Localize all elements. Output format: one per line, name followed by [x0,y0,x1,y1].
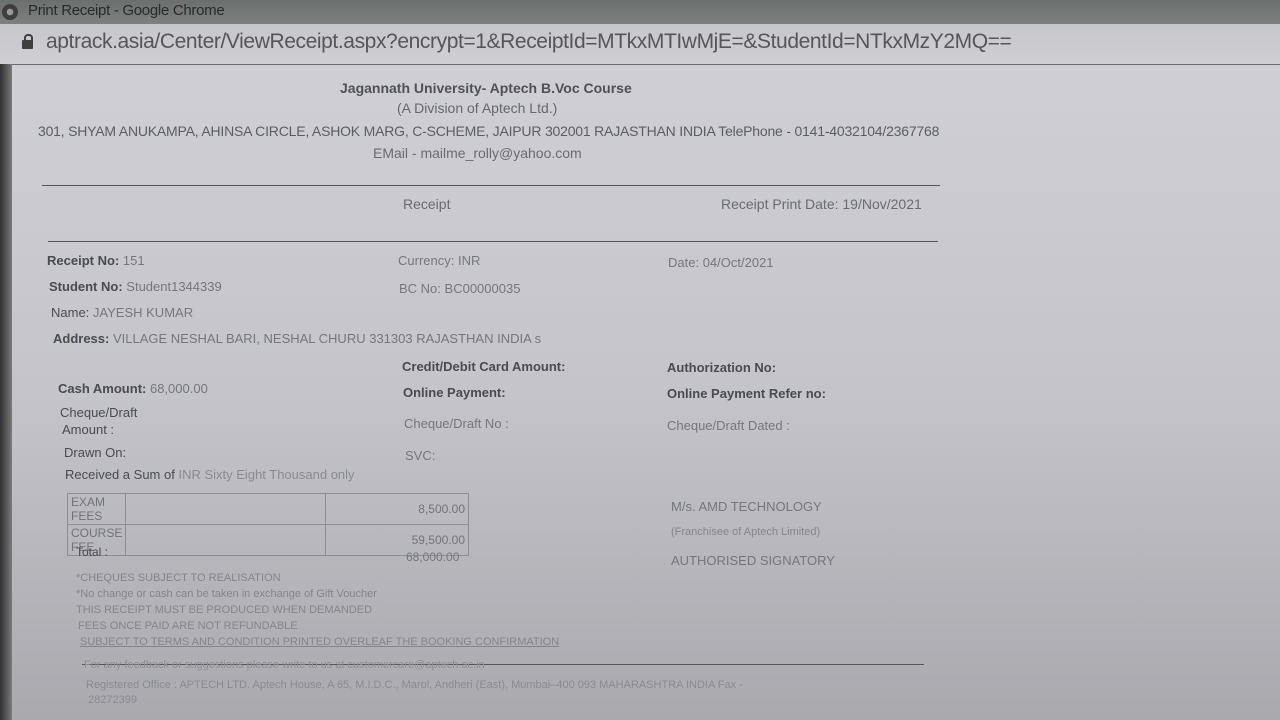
drawn-on-label: Drawn On: [64,445,126,460]
division-text: (A Division of Aptech Ltd.) [397,100,557,116]
signatory-company: M/s. AMD TECHNOLOGY [671,499,822,514]
cheque-amount-label-line2: Amount : [62,422,114,437]
chrome-logo-icon [2,4,18,20]
divider [42,185,940,186]
student-address: Address: VILLAGE NESHAL BARI, NESHAL CHU… [53,331,541,346]
online-payment-label: Online Payment: [403,385,506,400]
student-name: Name: JAYESH KUMAR [51,305,193,320]
received-sum: Received a Sum of INR Sixty Eight Thousa… [65,467,355,482]
total-label: Total : [76,545,108,559]
note-line: SUBJECT TO TERMS AND CONDITION PRINTED O… [80,636,559,648]
authorization-no-label: Authorization No: [667,360,776,375]
table-row: EXAM FEES 8,500.00 [68,494,469,525]
address-bar[interactable]: aptrack.asia/Center/ViewReceipt.aspx?enc… [0,24,1280,65]
fees-table: EXAM FEES 8,500.00 COURSE FEE 59,500.00 [67,493,469,556]
receipt-no: Receipt No: 151 [47,253,145,268]
print-date-value: 19/Nov/2021 [842,196,921,212]
svc-label: SVC: [405,448,435,463]
print-date-label: Receipt Print Date: [721,196,839,212]
cheque-amount-label-line1: Cheque/Draft [60,405,137,420]
feedback-text: For any feedback or suggestions please w… [84,659,485,671]
total-amount: 68,000.00 [406,550,459,564]
student-no: Student No: Student1344339 [49,279,222,294]
note-line: *CHEQUES SUBJECT TO REALISATION [76,572,281,584]
note-line: FEES ONCE PAID ARE NOT REFUNDABLE [78,620,298,632]
cheque-dated-label: Cheque/Draft Dated : [667,418,790,433]
receipt-date: Date: 04/Oct/2021 [668,255,774,270]
registered-office: Registered Office : APTECH LTD. Aptech H… [86,679,743,691]
fee-item: EXAM FEES [68,494,126,525]
online-ref-label: Online Payment Refer no: [667,386,826,401]
receipt-print-date: Receipt Print Date: 19/Nov/2021 [721,196,922,212]
window-title: Print Receipt - Google Chrome [28,2,224,19]
signatory-franchise: (Franchisee of Aptech Limited) [671,526,820,538]
cash-amount: Cash Amount: 68,000.00 [58,381,208,396]
org-email: EMail - mailme_rolly@yahoo.com [373,145,582,161]
window-titlebar: Print Receipt - Google Chrome [0,0,1280,24]
lock-icon[interactable] [22,40,33,49]
receipt-page: Jagannath University- Aptech B.Voc Cours… [12,65,1280,720]
org-address: 301, SHYAM ANUKAMPA, AHINSA CIRCLE, ASHO… [38,123,939,139]
fee-amount: 8,500.00 [326,494,469,525]
note-line: THIS RECEIPT MUST BE PRODUCED WHEN DEMAN… [76,604,372,616]
url-text[interactable]: aptrack.asia/Center/ViewReceipt.aspx?enc… [46,30,1011,54]
card-amount-label: Credit/Debit Card Amount: [402,359,565,374]
divider [48,241,938,242]
receipt-title: Receipt [403,196,450,212]
authorised-signatory: AUTHORISED SIGNATORY [671,553,835,568]
bc-no: BC No: BC00000035 [399,281,520,296]
org-name: Jagannath University- Aptech B.Voc Cours… [340,80,632,96]
note-line: *No change or cash can be taken in excha… [76,588,377,600]
fax-number: 28272399 [88,694,137,706]
cheque-no-label: Cheque/Draft No : [404,416,509,431]
currency: Currency: INR [398,253,480,268]
window-edge [0,64,12,720]
